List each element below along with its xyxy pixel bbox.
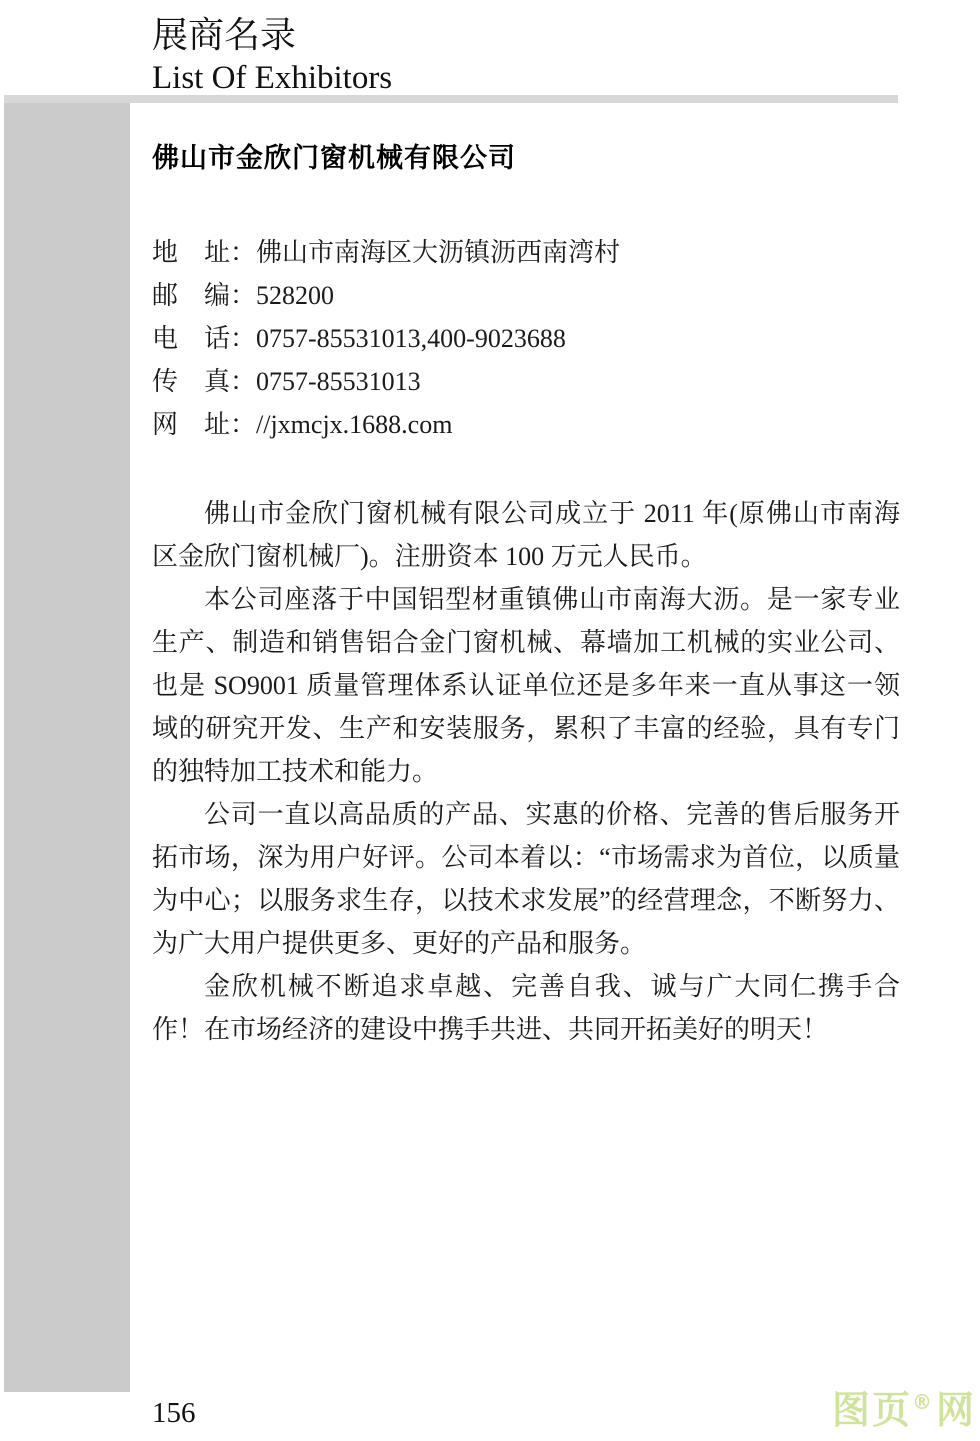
watermark-text-suffix: 网 [936, 1388, 976, 1432]
page-number: 156 [152, 1396, 196, 1430]
website-value: //jxmcjx.1688.com [256, 410, 452, 439]
website-label: 网 址： [152, 410, 256, 439]
address-label: 地 址： [152, 238, 256, 267]
phone-label: 电 话： [152, 324, 256, 353]
company-description: 佛山市金欣门窗机械有限公司成立于 2011 年(原佛山市南海区金欣门窗机械厂)。… [152, 492, 900, 1051]
page-title-english: List Of Exhibitors [152, 58, 392, 98]
page-title-chinese: 展商名录 [152, 12, 392, 58]
company-name: 佛山市金欣门窗机械有限公司 [152, 143, 900, 175]
contact-row-fax: 传 真：0757-85531013 [152, 360, 900, 403]
contact-row-phone: 电 话：0757-85531013,400-9023688 [152, 317, 900, 360]
fax-label: 传 真： [152, 367, 256, 396]
contact-row-website: 网 址：//jxmcjx.1688.com [152, 403, 900, 446]
page-header: 展商名录 List Of Exhibitors [152, 12, 392, 98]
exhibitor-entry: 佛山市金欣门窗机械有限公司 地 址：佛山市南海区大沥镇沥西南湾村 邮 编：528… [152, 143, 900, 1051]
postcode-label: 邮 编： [152, 281, 256, 310]
postcode-value: 528200 [256, 281, 334, 310]
contact-row-address: 地 址：佛山市南海区大沥镇沥西南湾村 [152, 231, 900, 274]
header-divider-bar [4, 95, 898, 103]
contact-info-list: 地 址：佛山市南海区大沥镇沥西南湾村 邮 编：528200 电 话：0757-8… [152, 231, 900, 446]
fax-value: 0757-85531013 [256, 367, 421, 396]
watermark-text-prefix: 图页 [832, 1388, 912, 1432]
description-paragraph-1: 佛山市金欣门窗机械有限公司成立于 2011 年(原佛山市南海区金欣门窗机械厂)。… [152, 492, 900, 578]
address-value: 佛山市南海区大沥镇沥西南湾村 [256, 238, 620, 267]
left-margin-band [4, 103, 130, 1392]
description-paragraph-4: 金欣机械不断追求卓越、完善自我、诚与广大同仁携手合作！在市场经济的建设中携手共进… [152, 965, 900, 1051]
description-paragraph-3: 公司一直以高品质的产品、实惠的价格、完善的售后服务开拓市场，深为用户好评。公司本… [152, 793, 900, 965]
phone-value: 0757-85531013,400-9023688 [256, 324, 566, 353]
contact-row-postcode: 邮 编：528200 [152, 274, 900, 317]
tuye-watermark-logo: 图页®网 [832, 1388, 976, 1432]
description-paragraph-2: 本公司座落于中国铝型材重镇佛山市南海大沥。是一家专业生产、制造和销售铝合金门窗机… [152, 578, 900, 793]
exhibitor-directory-page: 展商名录 List Of Exhibitors 佛山市金欣门窗机械有限公司 地 … [0, 0, 980, 1441]
registered-trademark-icon: ® [912, 1390, 932, 1414]
